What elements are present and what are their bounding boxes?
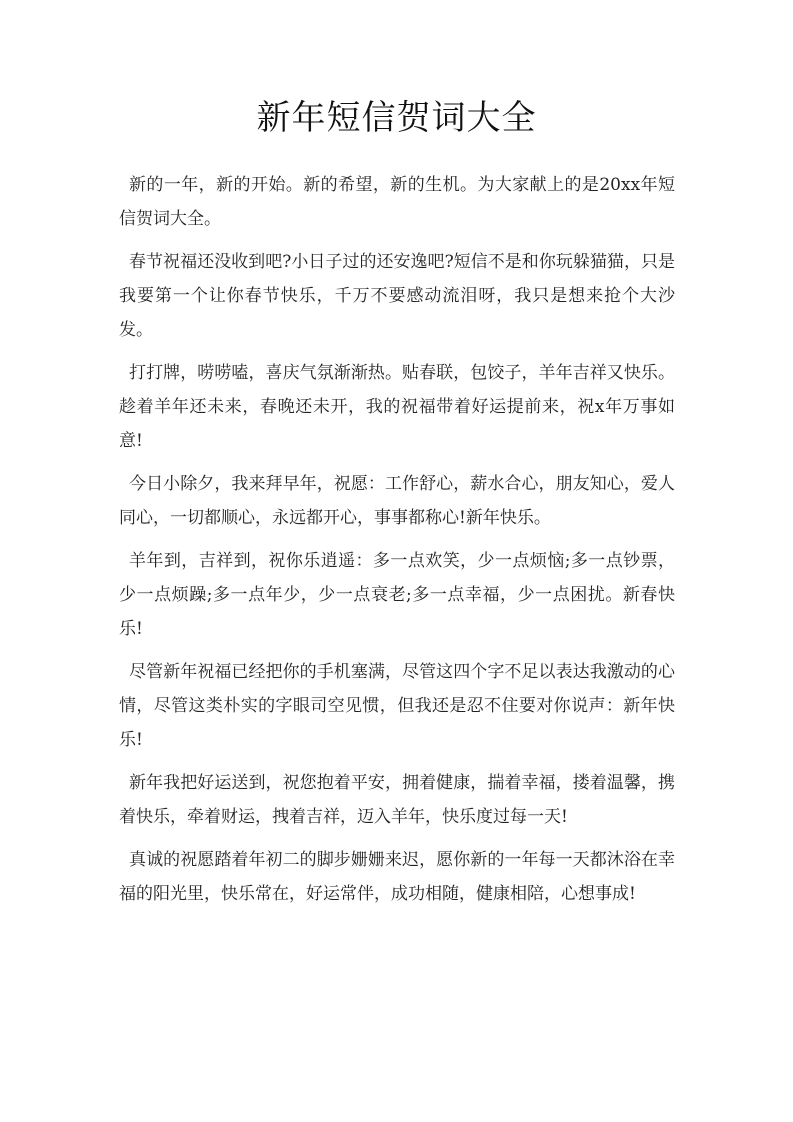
paragraph: 羊年到，吉祥到，祝你乐逍遥：多一点欢笑，少一点烦恼;多一点钞票，少一点烦躁;多一… xyxy=(119,544,675,646)
document-body: 新的一年，新的开始。新的希望，新的生机。为大家献上的是20xx年短信贺词大全。 … xyxy=(119,168,675,920)
paragraph: 打打牌，唠唠嗑，喜庆气氛渐渐热。贴春联，包饺子，羊年吉祥又快乐。趁着羊年还未来，… xyxy=(119,356,675,458)
paragraph: 真诚的祝愿踏着年初二的脚步姗姗来迟，愿你新的一年每一天都沐浴在幸福的阳光里，快乐… xyxy=(119,843,675,911)
paragraph: 春节祝福还没收到吧?小日子过的还安逸吧?短信不是和你玩躲猫猫，只是我要第一个让你… xyxy=(119,245,675,347)
paragraph: 今日小除夕，我来拜早年，祝愿：工作舒心，薪水合心，朋友知心，爱人同心，一切都顺心… xyxy=(119,467,675,535)
paragraph: 新年我把好运送到，祝您抱着平安，拥着健康，揣着幸福，搂着温馨，携着快乐，牵着财运… xyxy=(119,766,675,834)
paragraph: 尽管新年祝福已经把你的手机塞满，尽管这四个字不足以表达我激动的心情，尽管这类朴实… xyxy=(119,655,675,757)
paragraph: 新的一年，新的开始。新的希望，新的生机。为大家献上的是20xx年短信贺词大全。 xyxy=(119,168,675,236)
document-page: 新年短信贺词大全 新的一年，新的开始。新的希望，新的生机。为大家献上的是20xx… xyxy=(0,0,793,1122)
document-title: 新年短信贺词大全 xyxy=(0,96,793,140)
